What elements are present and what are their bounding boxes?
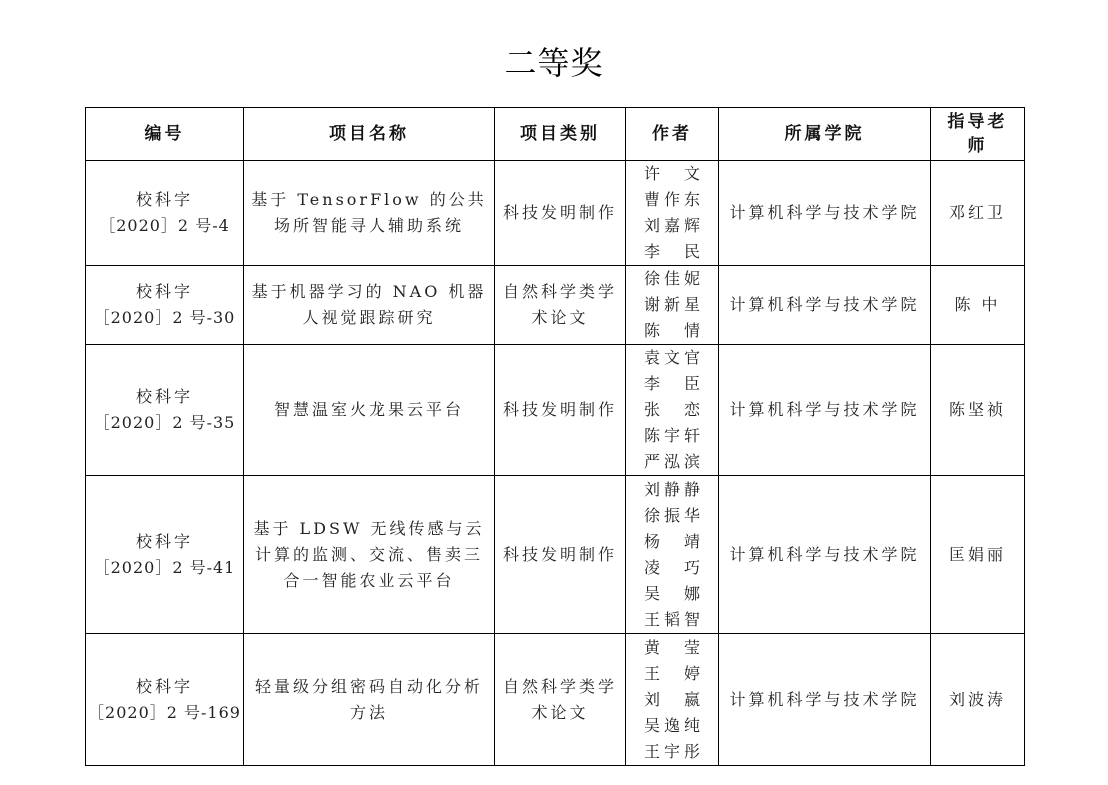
author-name: 陈宇轩 (644, 423, 700, 449)
author-name: 王 婷 (644, 661, 700, 687)
cell-college: 计算机科学与技术学院 (719, 476, 931, 634)
cell-project-name: 基于机器学习的 NAO 机器人视觉跟踪研究 (244, 266, 495, 345)
author-name: 谢新星 (644, 292, 700, 318)
author-name: 刘 嬴 (644, 687, 700, 713)
author-name: 许 文 (644, 161, 700, 187)
table-header-row: 编号 项目名称 项目类别 作者 所属学院 指导老 师 (86, 108, 1025, 161)
cell-project-name: 基于 TensorFlow 的公共场所智能寻人辅助系统 (244, 161, 495, 266)
cell-advisor: 匡娟丽 (931, 476, 1025, 634)
author-name: 徐振华 (644, 503, 700, 529)
cell-college: 计算机科学与技术学院 (719, 345, 931, 476)
header-advisor-line2: 师 (931, 134, 1024, 158)
cell-project-name: 智慧温室火龙果云平台 (244, 345, 495, 476)
cell-advisor: 刘波涛 (931, 634, 1025, 766)
table-row: 校科字 ［2020］2 号-30 基于机器学习的 NAO 机器人视觉跟踪研究 自… (86, 266, 1025, 345)
id-prefix: 校科字 (86, 674, 243, 700)
author-name: 王韬智 (644, 607, 700, 633)
id-number: ［2020］2 号-169 (86, 700, 243, 726)
cell-authors: 刘静静徐振华杨 靖凌 巧吴 娜王韬智 (626, 476, 719, 634)
cell-authors: 许 文曹作东刘嘉辉李 民 (626, 161, 719, 266)
authors-list: 黄 莹王 婷刘 嬴吴逸纯王宇彤 (644, 635, 700, 765)
table-row: 校科字 ［2020］2 号-41 基于 LDSW 无线传感与云计算的监测、交流、… (86, 476, 1025, 634)
id-prefix: 校科字 (86, 384, 243, 410)
header-advisor: 指导老 师 (931, 108, 1025, 161)
cell-id: 校科字 ［2020］2 号-35 (86, 345, 244, 476)
author-name: 李 臣 (644, 371, 700, 397)
author-name: 杨 靖 (644, 529, 700, 555)
cell-college: 计算机科学与技术学院 (719, 634, 931, 766)
header-college: 所属学院 (719, 108, 931, 161)
header-authors: 作者 (626, 108, 719, 161)
author-name: 徐佳妮 (644, 266, 700, 292)
author-name: 刘嘉辉 (644, 213, 700, 239)
author-name: 张 恋 (644, 397, 700, 423)
cell-category: 自然科学类学术论文 (495, 634, 626, 766)
id-number: ［2020］2 号-30 (86, 305, 243, 331)
author-name: 刘静静 (644, 477, 700, 503)
author-name: 凌 巧 (644, 555, 700, 581)
cell-id: 校科字 ［2020］2 号-4 (86, 161, 244, 266)
author-name: 袁文官 (644, 345, 700, 371)
cell-id: 校科字 ［2020］2 号-41 (86, 476, 244, 634)
cell-college: 计算机科学与技术学院 (719, 161, 931, 266)
cell-authors: 徐佳妮谢新星陈 情 (626, 266, 719, 345)
author-name: 李 民 (644, 239, 700, 265)
cell-advisor: 陈 中 (931, 266, 1025, 345)
cell-project-name: 轻量级分组密码自动化分析方法 (244, 634, 495, 766)
award-table: 编号 项目名称 项目类别 作者 所属学院 指导老 师 校科字 ［2020］2 号… (85, 107, 1025, 766)
id-number: ［2020］2 号-41 (86, 555, 243, 581)
table-row: 校科字 ［2020］2 号-35 智慧温室火龙果云平台 科技发明制作 袁文官李 … (86, 345, 1025, 476)
table-row: 校科字 ［2020］2 号-4 基于 TensorFlow 的公共场所智能寻人辅… (86, 161, 1025, 266)
cell-id: 校科字 ［2020］2 号-30 (86, 266, 244, 345)
author-name: 吴逸纯 (644, 713, 700, 739)
header-advisor-line1: 指导老 (931, 110, 1024, 134)
id-number: ［2020］2 号-4 (86, 213, 243, 239)
author-name: 黄 莹 (644, 635, 700, 661)
cell-category: 科技发明制作 (495, 345, 626, 476)
id-prefix: 校科字 (86, 187, 243, 213)
cell-id: 校科字 ［2020］2 号-169 (86, 634, 244, 766)
authors-list: 许 文曹作东刘嘉辉李 民 (644, 161, 700, 265)
cell-authors: 黄 莹王 婷刘 嬴吴逸纯王宇彤 (626, 634, 719, 766)
authors-list: 袁文官李 臣张 恋陈宇轩严泓滨 (644, 345, 700, 475)
cell-category: 自然科学类学术论文 (495, 266, 626, 345)
cell-college: 计算机科学与技术学院 (719, 266, 931, 345)
cell-project-name: 基于 LDSW 无线传感与云计算的监测、交流、售卖三合一智能农业云平台 (244, 476, 495, 634)
id-prefix: 校科字 (86, 529, 243, 555)
page-title: 二等奖 (0, 38, 1108, 84)
authors-list: 徐佳妮谢新星陈 情 (644, 266, 700, 344)
header-category: 项目类别 (495, 108, 626, 161)
cell-category: 科技发明制作 (495, 161, 626, 266)
author-name: 陈 情 (644, 318, 700, 344)
cell-authors: 袁文官李 臣张 恋陈宇轩严泓滨 (626, 345, 719, 476)
header-project-name: 项目名称 (244, 108, 495, 161)
cell-category: 科技发明制作 (495, 476, 626, 634)
authors-list: 刘静静徐振华杨 靖凌 巧吴 娜王韬智 (644, 477, 700, 633)
id-number: ［2020］2 号-35 (86, 410, 243, 436)
author-name: 吴 娜 (644, 581, 700, 607)
author-name: 曹作东 (644, 187, 700, 213)
author-name: 王宇彤 (644, 739, 700, 765)
cell-advisor: 邓红卫 (931, 161, 1025, 266)
cell-advisor: 陈坚祯 (931, 345, 1025, 476)
id-prefix: 校科字 (86, 279, 243, 305)
table-row: 校科字 ［2020］2 号-169 轻量级分组密码自动化分析方法 自然科学类学术… (86, 634, 1025, 766)
author-name: 严泓滨 (644, 449, 700, 475)
header-id: 编号 (86, 108, 244, 161)
